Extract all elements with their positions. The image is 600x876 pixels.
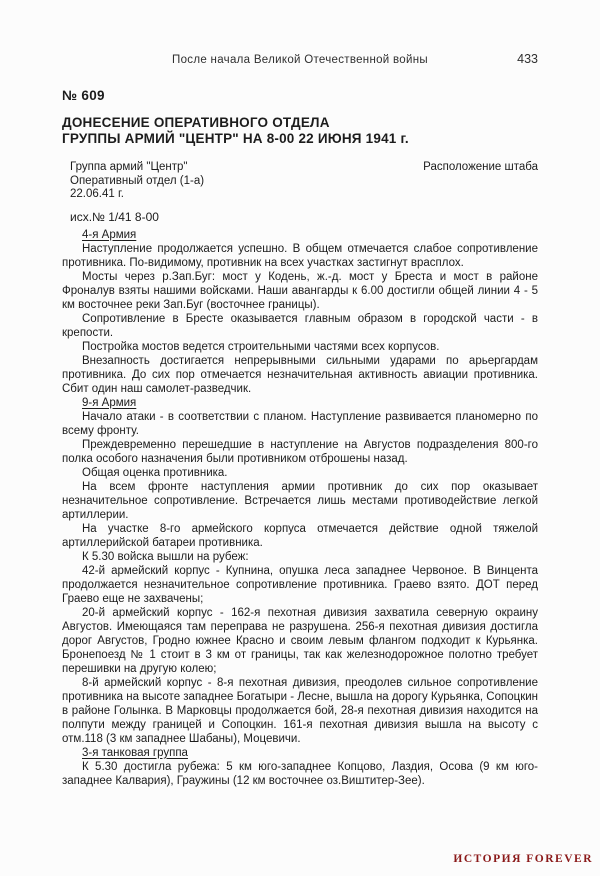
paragraph: 8-й армейский корпус - 8-я пехотная диви…	[62, 676, 538, 746]
paragraph: К 5.30 войска вышли на рубеж:	[62, 550, 538, 564]
meta-issuer-line1: Группа армий "Центр"	[70, 161, 204, 175]
paragraph: Сопротивление в Бресте оказывается главн…	[62, 312, 538, 340]
document-text: 4-я Армия Наступление продолжается успеш…	[62, 228, 538, 788]
paragraph: К 5.30 достигла рубежа: 5 км юго-западне…	[62, 760, 538, 788]
page-header: После начала Великой Отечественной войны…	[62, 0, 538, 66]
meta-issuer-line2: Оперативный отдел (1-а)	[70, 175, 204, 189]
paragraph: Общая оценка противника.	[62, 466, 538, 480]
section-9th-army: 9-я Армия Начало атаки - в соответствии …	[62, 396, 538, 746]
page-number: 433	[502, 52, 538, 66]
section-heading-text: 9-я Армия	[82, 397, 136, 409]
section-heading: 9-я Армия	[62, 396, 538, 410]
paragraph: Преждевременно перешедшие в наступление …	[62, 438, 538, 466]
running-head-title: После начала Великой Отечественной войны	[62, 54, 502, 66]
meta-location-note: Расположение штаба	[423, 161, 538, 202]
section-4th-army: 4-я Армия Наступление продолжается успеш…	[62, 228, 538, 396]
paragraph: Внезапность достигается непрерывными сил…	[62, 354, 538, 396]
paragraph: На участке 8-го армейского корпуса отмеч…	[62, 522, 538, 550]
document-title-line1: ДОНЕСЕНИЕ ОПЕРАТИВНОГО ОТДЕЛА	[62, 115, 538, 131]
reference-number: исх.№ 1/41 8-00	[70, 210, 538, 224]
paragraph: Наступление продолжается успешно. В обще…	[62, 242, 538, 270]
publisher-watermark: ИСТОРИЯ FOREVER	[453, 853, 593, 865]
section-heading: 3-я танковая группа	[62, 746, 538, 760]
meta-issuer-line3: 22.06.41 г.	[70, 188, 204, 202]
section-heading: 4-я Армия	[62, 228, 538, 242]
document-number: № 609	[62, 88, 538, 103]
document-title-line2: ГРУППЫ АРМИЙ "ЦЕНТР" НА 8-00 22 ИЮНЯ 194…	[62, 131, 538, 147]
document-page: После начала Великой Отечественной войны…	[0, 0, 600, 876]
section-3rd-panzer-group: 3-я танковая группа К 5.30 достигла рубе…	[62, 746, 538, 788]
document-body: № 609 ДОНЕСЕНИЕ ОПЕРАТИВНОГО ОТДЕЛА ГРУП…	[62, 88, 538, 788]
paragraph: Начало атаки - в соответствии с планом. …	[62, 410, 538, 438]
section-heading-text: 4-я Армия	[82, 229, 136, 241]
meta-issuer-block: Группа армий "Центр" Оперативный отдел (…	[70, 161, 204, 202]
section-heading-text: 3-я танковая группа	[82, 747, 188, 759]
document-title: ДОНЕСЕНИЕ ОПЕРАТИВНОГО ОТДЕЛА ГРУППЫ АРМ…	[62, 115, 538, 147]
paragraph: 20-й армейский корпус - 162-я пехотная д…	[62, 606, 538, 676]
paragraph: Постройка мостов ведется строительными ч…	[62, 340, 538, 354]
paragraph: На всем фронте наступления армии противн…	[62, 480, 538, 522]
paragraph: 42-й армейский корпус - Купнина, опушка …	[62, 564, 538, 606]
document-meta: Группа армий "Центр" Оперативный отдел (…	[70, 161, 538, 202]
paragraph: Мосты через р.Зап.Буг: мост у Кодень, ж.…	[62, 270, 538, 312]
